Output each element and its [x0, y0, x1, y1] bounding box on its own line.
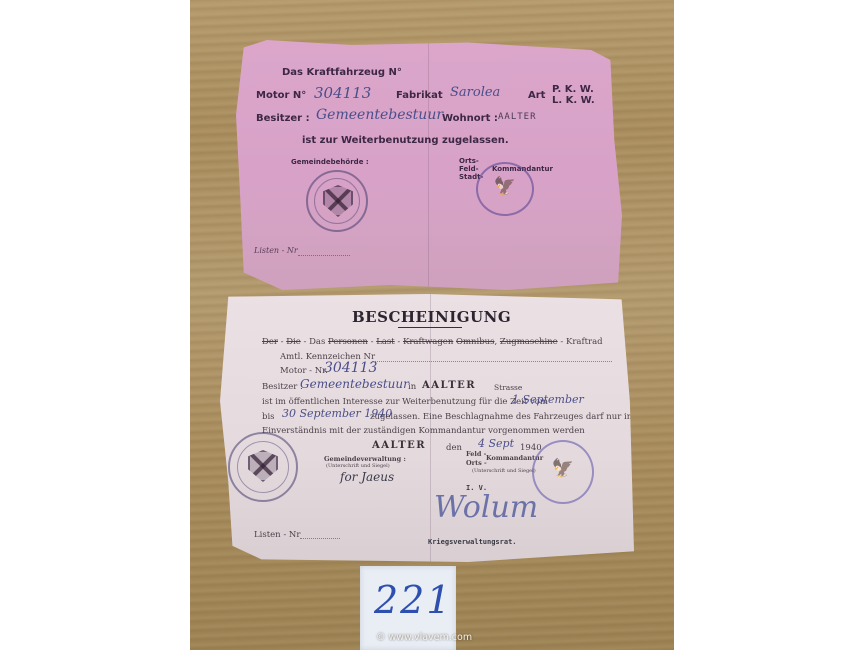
in-label: in [408, 382, 416, 392]
besitzer-label: Besitzer : [262, 382, 303, 392]
fabrikat-label: Fabrikat [396, 90, 443, 101]
listen-field [300, 538, 340, 539]
document-title: BESCHEINIGUNG [352, 308, 511, 326]
gemeinde-label: Gemeindeverwaltung : [324, 455, 406, 463]
pink-document: Das Kraftfahrzeug N° Motor N° 304113 Fab… [236, 40, 622, 290]
place: AALTER [372, 440, 426, 451]
art-label: Art [528, 90, 545, 101]
municipal-stamp [228, 432, 298, 502]
den-label: den [446, 443, 462, 453]
eagle-emblem-icon: 🦅 [534, 458, 592, 479]
in-value: AALTER [422, 380, 476, 391]
besitzer-label: Besitzer : [256, 113, 310, 124]
vehicle-type-line: Der - Die - Das Personen - Last - Kraftw… [262, 337, 603, 347]
bis-label: bis [262, 412, 275, 422]
watermark: © www.vlavem.com [376, 632, 472, 643]
gemeinde-sub: (Unterschrift und Siegel) [326, 463, 390, 469]
eagle-emblem-icon: 🦅 [478, 176, 532, 197]
kommandantur-stamp: 🦅 [476, 162, 534, 216]
white-document: BESCHEINIGUNG Der - Die - Das Personen -… [220, 294, 634, 562]
besitzer-value: Gemeentebestuur [300, 377, 409, 391]
motor-label: Motor N° [256, 90, 306, 101]
fold-line [428, 40, 429, 290]
authority-left-label: Gemeindebehörde : [291, 158, 369, 166]
interesse-line: ist im öffentlichen Interesse zur Weiter… [262, 397, 548, 407]
kommandantur-stamp: 🦅 [532, 440, 594, 504]
besitzer-value: Gemeentebestuur [316, 107, 443, 123]
motor-value: 304113 [314, 84, 371, 102]
kennzeichen-field [372, 361, 612, 362]
wohnort-label: Wohnort : [442, 113, 498, 124]
zugelassen-line: zugelassen. Eine Beschlagnahme des Fahrz… [370, 412, 635, 422]
feld-orts-labels: Feld - Orts - [466, 450, 487, 468]
listen-label: Listen - Nr [254, 246, 298, 255]
date-from: 1 September [512, 393, 584, 406]
title-underline [398, 327, 462, 328]
motor-value: 304113 [324, 360, 377, 376]
strasse-label: Strasse [494, 383, 522, 392]
listen-field [298, 255, 350, 256]
municipal-stamp [306, 170, 368, 232]
fabrikat-value: Sarolea [450, 85, 500, 100]
listen-label: Listen - Nr [254, 530, 300, 540]
commander-signature: Wolum [434, 490, 538, 525]
art-option-lkw: L. K. W. [552, 95, 595, 106]
wohnort-value: AALTER [498, 112, 537, 122]
gemeinde-signature: for Jaeus [340, 470, 394, 484]
photo: Das Kraftfahrzeug N° Motor N° 304113 Fab… [190, 0, 674, 650]
date-signed: 4 Sept [478, 437, 514, 450]
einverstaendnis-line: Einverständnis mit der zuständigen Komma… [262, 426, 585, 436]
motor-label: Motor - Nr. [280, 366, 328, 376]
kriegsverwaltungsrat: Kriegsverwaltungsrat. [428, 538, 517, 546]
vehicle-heading: Das Kraftfahrzeug N° [282, 67, 402, 78]
kommandantur-sub: (Unterschrift und Siegel) [472, 468, 536, 474]
statement: ist zur Weiterbenutzung zugelassen. [302, 135, 509, 146]
art-option-pkw: P. K. W. [552, 84, 594, 95]
lot-number: 221 [374, 578, 453, 622]
